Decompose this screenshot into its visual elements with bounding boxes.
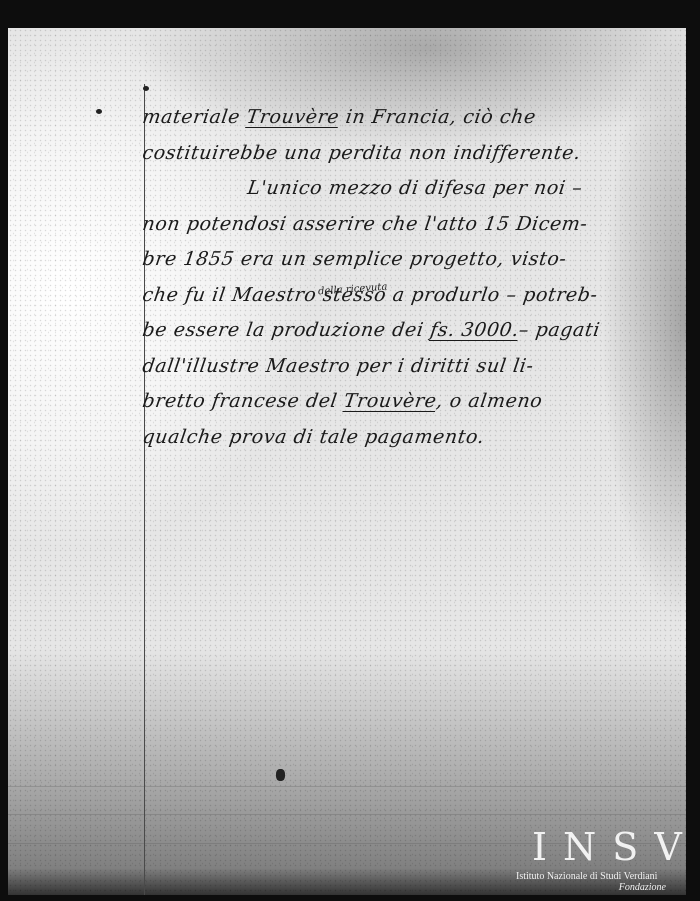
text-line-5: bre 1855 era un semplice progetto, visto…	[140, 242, 685, 278]
logo-letters: I N S V	[516, 826, 676, 868]
text-line-8: dall'illustre Maestro per i diritti sul …	[140, 349, 685, 385]
ink-spot	[96, 109, 102, 114]
logo-letter-i: I	[532, 826, 547, 868]
logo-institution-name: Istituto Nazionale di Studi Verdiani	[516, 871, 676, 882]
text-line-9: bretto francese del Trouvère, o almeno	[140, 384, 685, 420]
text-line-3: L'unico mezzo di difesa per noi –	[140, 171, 685, 207]
text-line-7: be essere la produzione dei fs. 3000.– p…	[140, 313, 685, 349]
handwritten-text: materiale Trouvère in Francia, ciò che c…	[140, 100, 680, 455]
ruled-line	[8, 786, 686, 787]
text-line-10: qualche prova di tale pagamento.	[140, 420, 685, 456]
logo-letter-s: S	[612, 826, 638, 868]
insv-watermark-logo: I N S V Istituto Nazionale di Studi Verd…	[516, 826, 676, 893]
text-line-2: costituirebbe una perdita non indifferen…	[140, 136, 685, 172]
logo-subtitle: Fondazione	[516, 882, 676, 893]
ruled-line	[8, 814, 686, 815]
text-line-4: non potendosi asserire che l'atto 15 Dic…	[140, 207, 685, 243]
ink-spot	[143, 86, 149, 91]
text-line-1: materiale Trouvère in Francia, ciò che	[140, 100, 685, 136]
manuscript-page: materiale Trouvère in Francia, ciò che c…	[8, 28, 686, 895]
logo-letter-v: V	[654, 826, 681, 868]
logo-letter-n: N	[563, 826, 596, 868]
text-line-6: che fu il Maestro stesso a produrlo – po…	[140, 278, 685, 314]
ink-blot	[276, 769, 285, 781]
